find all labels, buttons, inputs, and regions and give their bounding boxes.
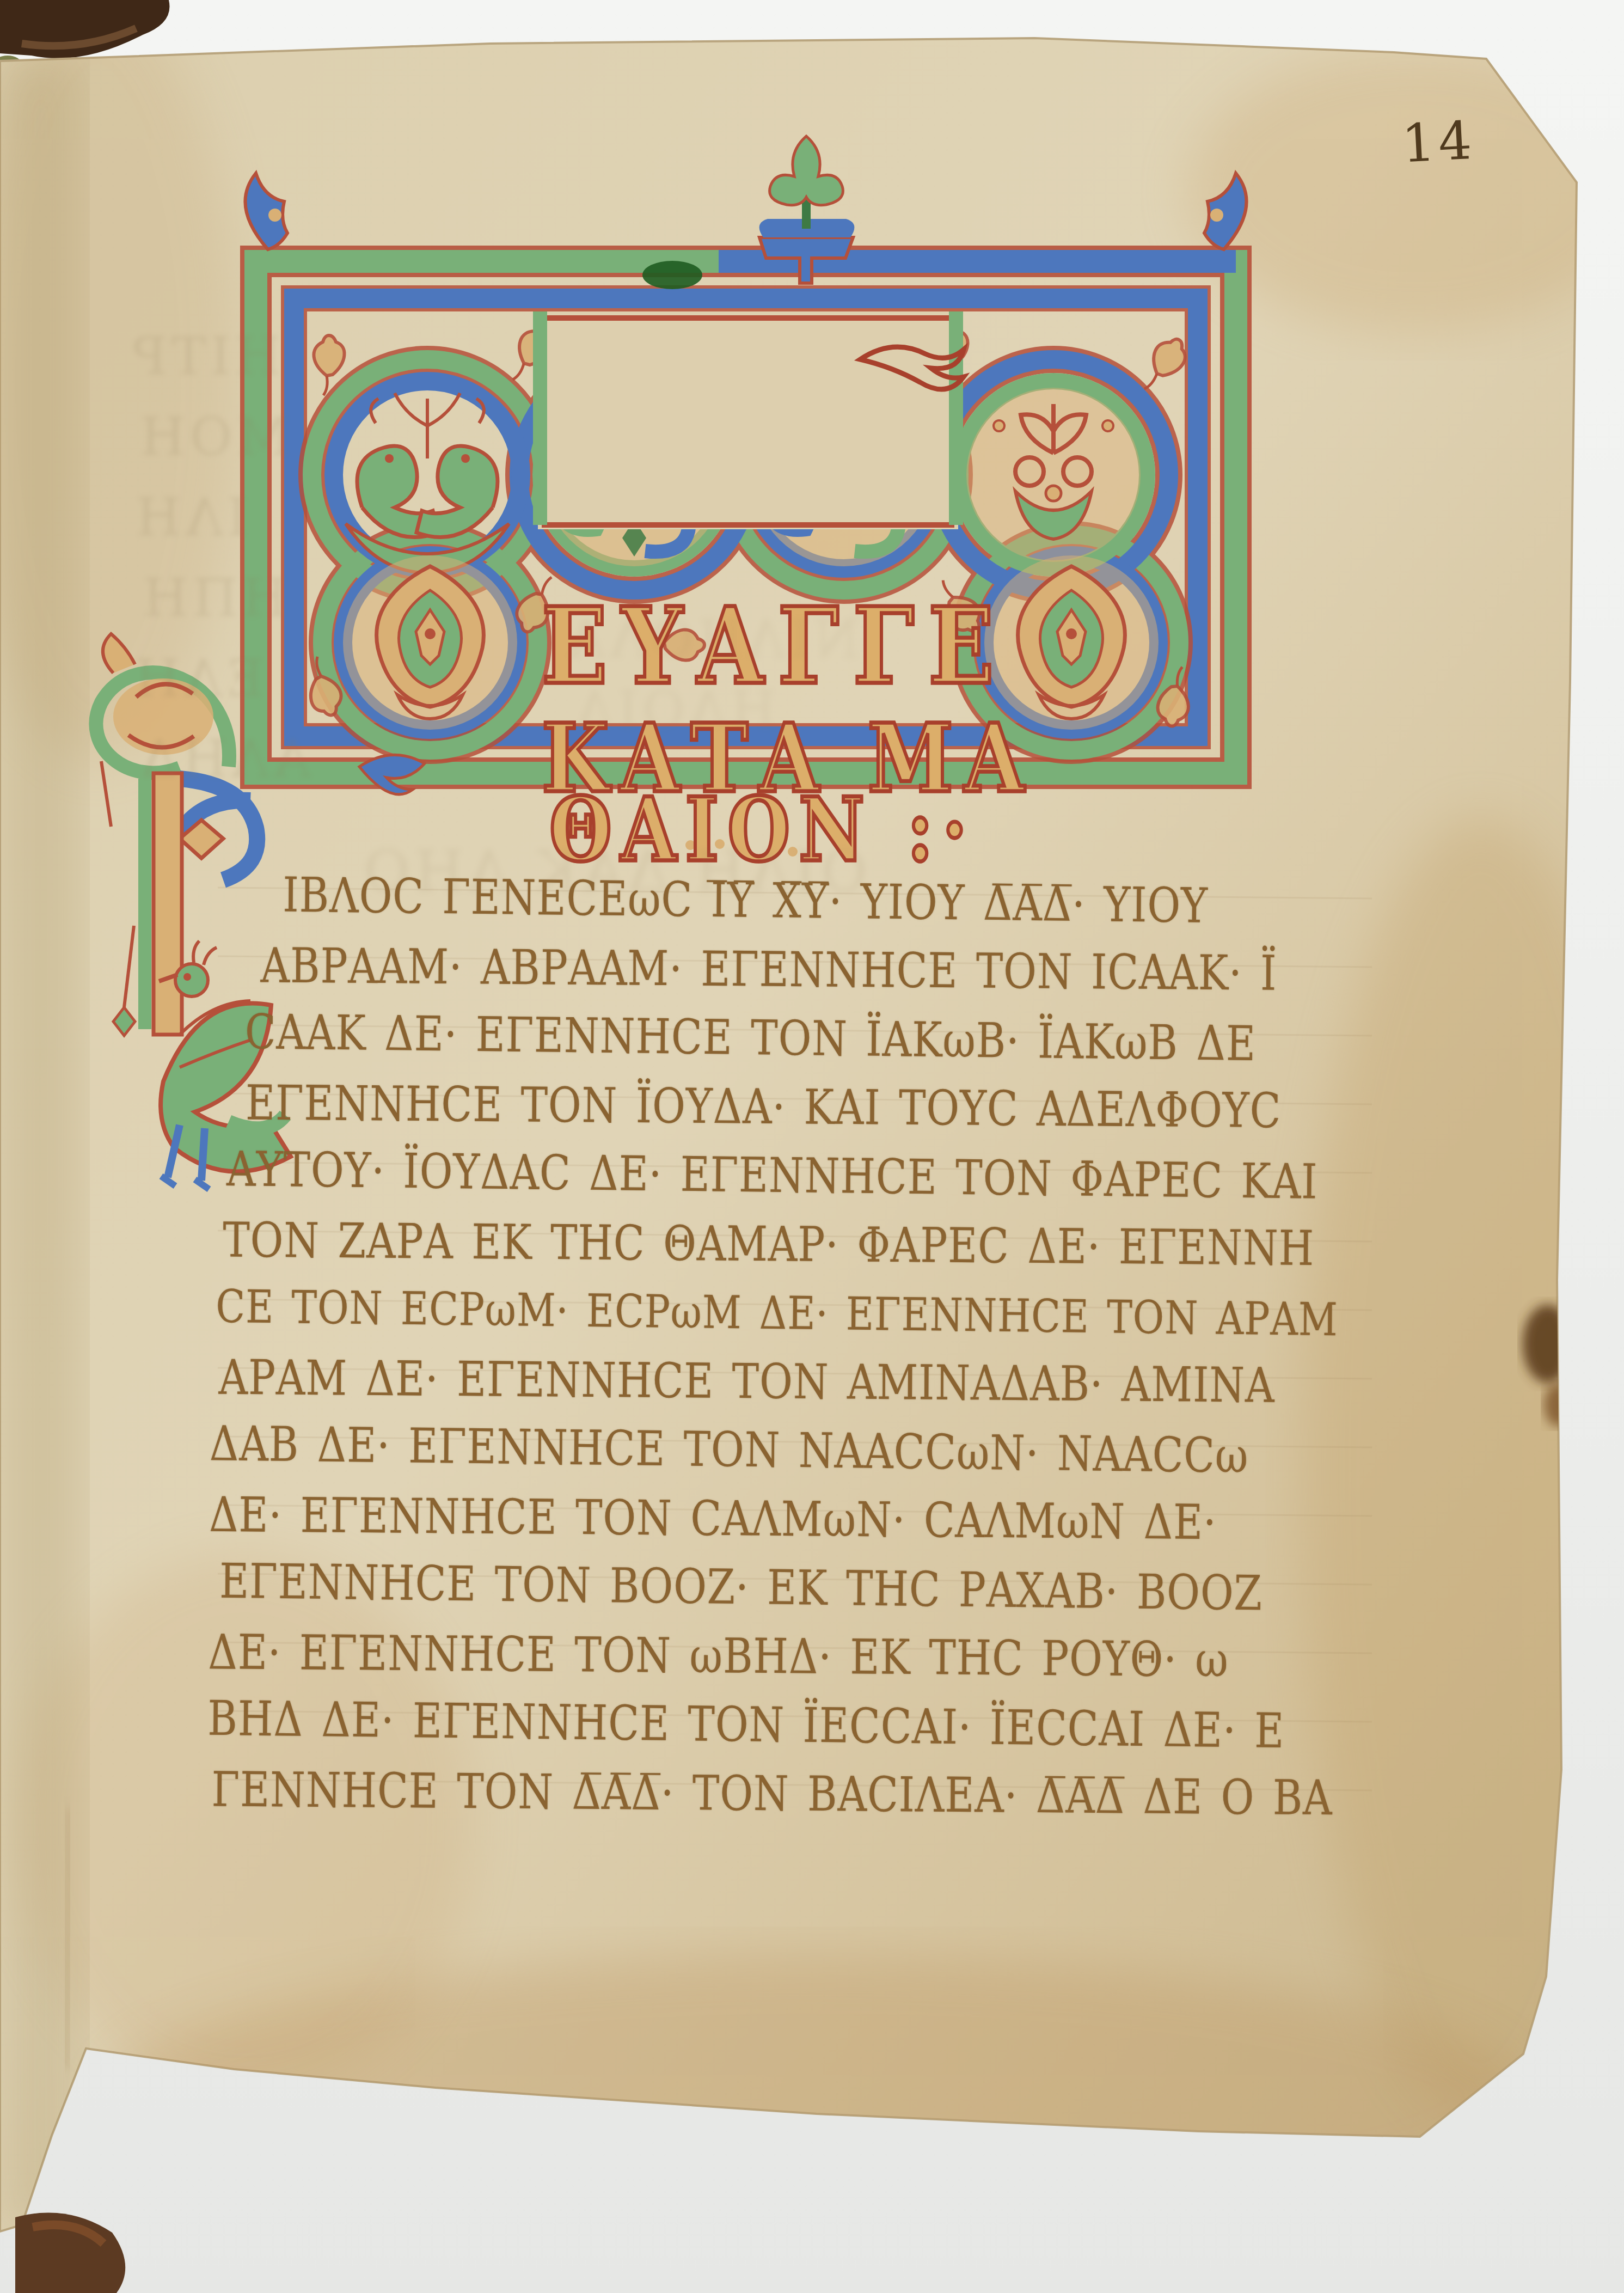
green-smudge xyxy=(642,261,702,289)
text-line: ΔΕ· ΕΓΕΝΝΗCΕ ΤΟΝ CΑΛΜωΝ· CΑΛΜωΝ ΔΕ· xyxy=(209,1481,1396,1558)
folio-number: 14 xyxy=(1400,110,1476,175)
bleed-through-text: ΙΛΗ xyxy=(132,488,248,548)
text-line: ΑΥΤΟΥ· ΪΟΥΔΑC ΔΕ· ΕΓΕΝΝΗCΕ ΤΟΝ ΦΑΡΕC ΚΑΙ xyxy=(211,1135,1399,1218)
red-blossom-medallion xyxy=(966,388,1141,562)
bleed-through-text: ΗΠΗ xyxy=(139,568,287,628)
text-line: ΤΟΝ ΖΑΡΑ ΕΚ ΤΗC ΘΑΜΑΡ· ΦΑΡΕC ΔΕ· ΕΓΕΝΝΗ xyxy=(211,1206,1398,1283)
text-line: ΒΗΔ ΔΕ· ΕΓΕΝΝΗCΕ ΤΟΝ ΪΕCCΑΙ· ΪΕCCΑΙ ΔΕ· … xyxy=(207,1684,1395,1767)
text-line: ΓΕΝΝΗCΕ ΤΟΝ Δ̅Α̅Δ̅· ΤΟΝ ΒΑCΙΛΕΑ· Δ̅Α̅Δ̅ … xyxy=(207,1756,1394,1833)
text-line: ΑΒΡΑΑΜ· ΑΒΡΑΑΜ· ΕΓΕΝΝΗCΕ ΤΟΝ ΙCΑΑΚ· Ϊ xyxy=(212,931,1400,1009)
text-line: ΑΡΑΜ ΔΕ· ΕΓΕΝΝΗCΕ ΤΟΝ ΑΜΙΝΑΔΑΒ· ΑΜΙΝΑ xyxy=(210,1343,1397,1421)
bleed-through-text: ΗΛΟΙΔ xyxy=(572,681,776,741)
bleed-through-text: ΜΟΗ xyxy=(136,407,290,467)
manuscript-photo: 14 ΕΥΑΓΓΕ ΚΑΤΑ ΜΑ ΘΑΙΟΝ :· ΙΒΛΟC ΓΕΝΕCΕω… xyxy=(0,0,1624,2293)
bleed-through-text: ΕΛΗ xyxy=(131,649,264,709)
text-line: ΕΓΕΝΝΗCΕ ΤΟΝ ΪΟΥΔΑ· ΚΑΙ ΤΟΥC ΑΔΕΛΦΟΥC xyxy=(212,1068,1399,1146)
bleed-through-text: ΟΙΛΗ ΔΑΚ ΛΗΟ xyxy=(359,839,867,905)
palmette-tree-medallion xyxy=(343,555,517,730)
title-panel xyxy=(538,311,964,529)
bleed-through-text: ΑΛΗΔ xyxy=(136,730,311,790)
bleed-through-text: ΗΙΤΡ xyxy=(128,327,280,387)
text-line: ΕΓΕΝΝΗCΕ ΤΟΝ ΒΟΟΖ· ΕΚ ΤΗC ΡΑΧΑΒ· ΒΟΟΖ xyxy=(209,1547,1396,1630)
bleed-through-text: ΝΙΛΗΟΛΑ xyxy=(563,610,859,670)
text-line: CΕ ΤΟΝ ΕCΡωΜ· ΕCΡωΜ ΔΕ· ΕΓΕΝΝΗCΕ ΤΟΝ ΑΡΑ… xyxy=(210,1272,1398,1355)
text-line: ΔΑΒ ΔΕ· ΕΓΕΝΝΗCΕ ΤΟΝ ΝΑΑCCωΝ· ΝΑΑCCω xyxy=(209,1409,1396,1492)
text-line: CΑΑΚ ΔΕ· ΕΓΕΝΝΗCΕ ΤΟΝ ΪΑΚωΒ· ΪΑΚωΒ ΔΕ xyxy=(212,998,1399,1080)
text-line: ΔΕ· ΕΓΕΝΝΗCΕ ΤΟΝ ωΒΗΔ· ΕΚ ΤΗC ΡΟΥΘ· ω xyxy=(208,1618,1395,1696)
gospel-text-block: ΙΒΛΟC ΓΕΝΕCΕωC Ι̅Υ̅ Χ̅Υ̅· ΥΙΟΥ Δ̅Α̅Δ̅· Υ… xyxy=(207,861,1400,1834)
